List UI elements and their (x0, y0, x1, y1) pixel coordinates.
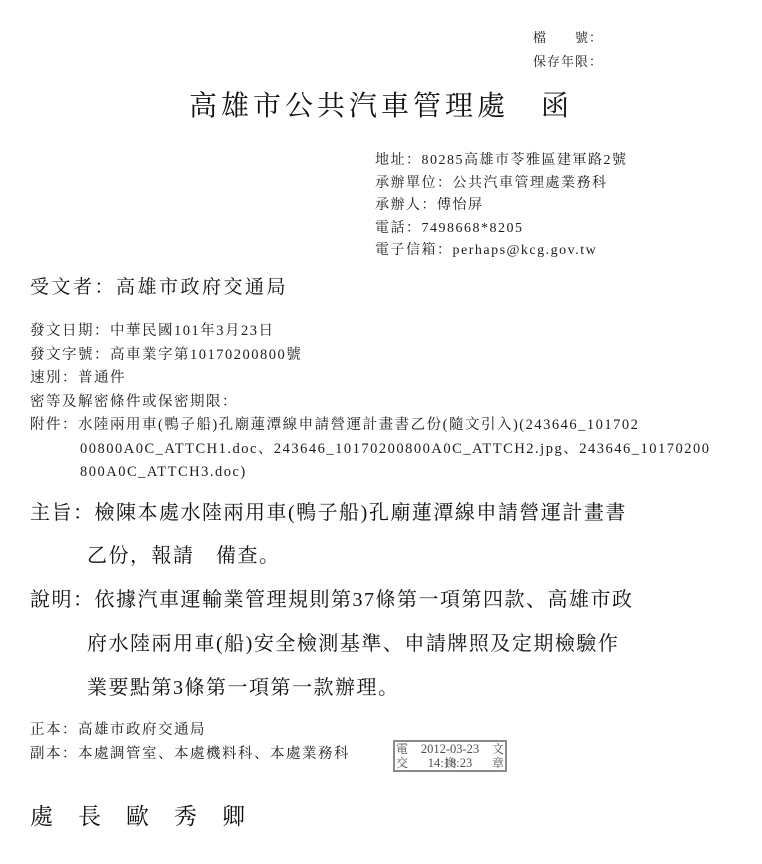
description-line: 說明：依據汽車運輸業管理規則第37條第一項第四款、高雄市政 (30, 578, 634, 622)
attachment-line: 附件：水陸兩用車(鴨子船)孔廟蓮潭線申請營運計畫書乙份(隨文引入)(243646… (30, 414, 710, 438)
doc-number-line: 發文字號：高車業字第10170200800號 (30, 344, 710, 368)
contact-info-block: 地址：80285高雄市苓雅區建軍路2號 承辦單位：公共汽車管理處業務科 承辦人：… (375, 150, 628, 263)
speed-class-line: 速別：普通件 (30, 367, 710, 391)
description-line: 業要點第3條第一項第一款辦理。 (30, 666, 634, 710)
stamp-date: 2012-03-23 (421, 742, 479, 756)
contact-unit-line: 承辦單位：公共汽車管理處業務科 (375, 173, 628, 196)
copies-block: 正本：高雄市政府交通局 副本：本處調管室、本處機料科、本處業務科 (30, 719, 350, 766)
retention-period-label: 保存年限： (533, 50, 603, 74)
contact-address-line: 地址：80285高雄市苓雅區建軍路2號 (375, 150, 628, 173)
stamp-char-bottom-left: 交 (396, 756, 408, 770)
stamp-bottom-row: 交 換 14:18:23 章 (395, 756, 505, 770)
document-title: 高雄市公共汽車管理處 函 (0, 84, 762, 124)
issue-date-line: 發文日期：中華民國101年3月23日 (30, 320, 710, 344)
description-line: 府水陸兩用車(船)安全檢測基準、申請牌照及定期檢驗作 (30, 622, 634, 666)
recipient-line: 受文者：高雄市政府交通局 (30, 272, 288, 299)
attachment-line: 00800A0C_ATTCH1.doc、243646_10170200800A0… (30, 438, 710, 462)
security-class-line: 密等及解密條件或保密期限： (30, 391, 710, 415)
director-signature: 處 長 歐 秀 卿 (30, 798, 246, 831)
contact-phone-line: 電話：7498668*8205 (375, 218, 628, 241)
stamp-char-bottom-right: 章 (492, 756, 504, 770)
subject-line: 主旨：檢陳本處水陸兩用車(鴨子船)孔廟蓮潭線申請營運計畫書 (30, 492, 627, 535)
original-copy-line: 正本：高雄市政府交通局 (30, 719, 350, 743)
official-letter-document: 檔 號： 保存年限： 高雄市公共汽車管理處 函 地址：80285高雄市苓雅區建軍… (0, 0, 762, 864)
stamp-top-row: 電 2012-03-23 文 (395, 742, 505, 756)
attachment-line: 800A0C_ATTCH3.doc) (30, 461, 710, 485)
stamp-char-top-right: 文 (492, 742, 504, 756)
electronic-exchange-stamp: 電 2012-03-23 文 交 換 14:18:23 章 (393, 740, 507, 772)
subject-line: 乙份，報請 備查。 (30, 535, 627, 578)
cc-copy-line: 副本：本處調管室、本處機料科、本處業務科 (30, 743, 350, 767)
contact-email-line: 電子信箱：perhaps@kcg.gov.tw (375, 240, 628, 263)
subject-block: 主旨：檢陳本處水陸兩用車(鴨子船)孔廟蓮潭線申請營運計畫書 乙份，報請 備查。 (30, 492, 627, 578)
description-block: 說明：依據汽車運輸業管理規則第37條第一項第四款、高雄市政 府水陸兩用車(船)安… (30, 578, 634, 710)
stamp-time: 14:18:23 (428, 756, 472, 770)
contact-person-line: 承辦人：傅怡屏 (375, 195, 628, 218)
stamp-char-top-left: 電 (396, 742, 408, 756)
document-meta-block: 發文日期：中華民國101年3月23日 發文字號：高車業字第10170200800… (30, 320, 710, 485)
file-number-label: 檔 號： (533, 26, 603, 50)
file-number-block: 檔 號： 保存年限： (533, 26, 603, 74)
